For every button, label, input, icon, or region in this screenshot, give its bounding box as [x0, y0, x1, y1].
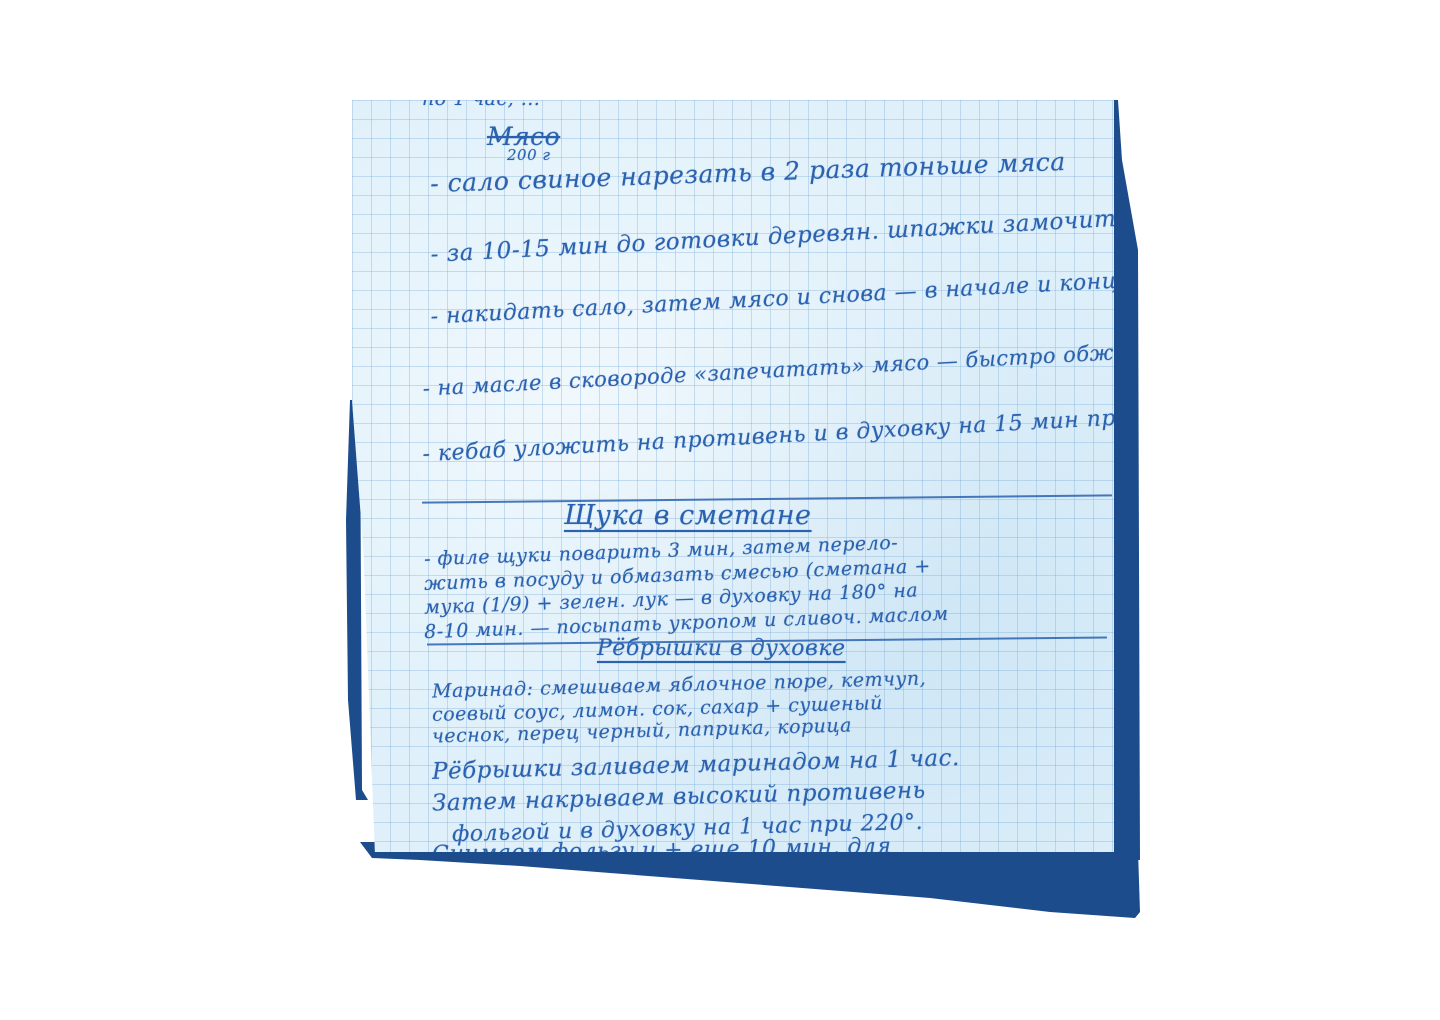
step-4: - на масле в сковороде «запечатать» мясо…	[422, 319, 1114, 400]
section2-title: Щука в сметане	[564, 500, 812, 531]
amount-note: 200 г	[507, 146, 550, 164]
top-fragment: по 1 час, ...	[422, 100, 540, 110]
step-3: - накидать сало, затем мясо и снова — в …	[430, 255, 1114, 329]
step-2: - за 10-15 мин до готовки деревян. шпажк…	[430, 194, 1114, 268]
step-5: - кебаб уложить на противень и в духовку…	[422, 402, 1114, 467]
section3-line-5: Затем накрываем высокий противень	[432, 778, 926, 817]
section3-title: Рёбрышки в духовке	[597, 636, 846, 661]
cyanotype-scene: по 1 час, ... Мясо 200 г - сало свиное н…	[0, 0, 1440, 1020]
grid-paper: по 1 час, ... Мясо 200 г - сало свиное н…	[352, 100, 1114, 852]
